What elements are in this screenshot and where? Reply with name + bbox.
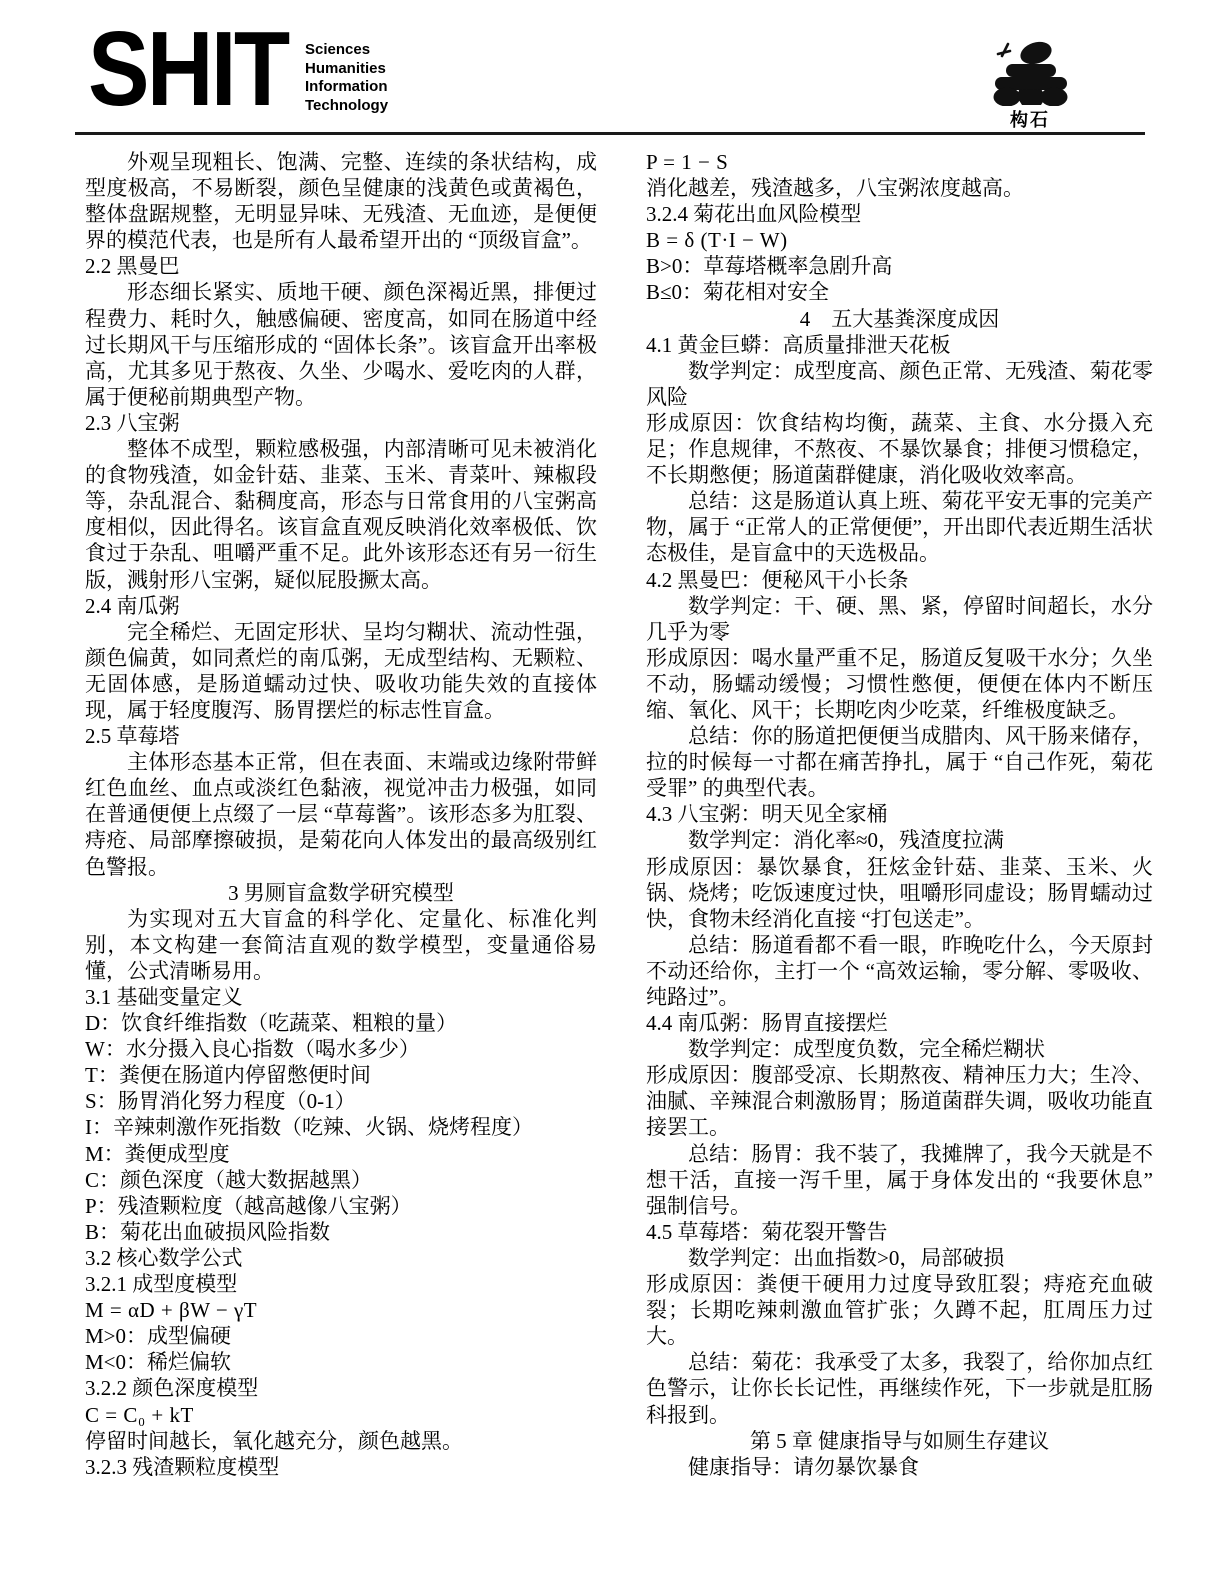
column-left: 外观呈现粗长、饱满、完整、连续的条状结构，成型度极高，不易断裂，颜色呈健康的浅黄… bbox=[85, 149, 597, 1480]
section-heading: 4.2 黑曼巴：便秘风干小长条 bbox=[646, 567, 1153, 593]
paragraph: D：饮食纤维指数（吃蔬菜、粗粮的量） bbox=[85, 1010, 597, 1036]
section-heading: 3.2.4 菊花出血风险模型 bbox=[646, 201, 1153, 227]
section-heading: 4.4 南瓜粥：肠胃直接摆烂 bbox=[646, 1010, 1153, 1036]
paragraph: 总结：菊花：我承受了太多，我裂了，给你加点红色警示，让你长长记性，再继续作死，下… bbox=[646, 1349, 1153, 1427]
tagline-line: Technology bbox=[305, 97, 388, 116]
paragraph: C：颜色深度（越大数据越黑） bbox=[85, 1167, 597, 1193]
paragraph: B≤0：菊花相对安全 bbox=[646, 279, 1153, 305]
formula: M = αD + βW − γT bbox=[85, 1297, 597, 1323]
section-heading: 4.3 八宝粥：明天见全家桶 bbox=[646, 801, 1153, 827]
paragraph: 数学判定：成型度负数，完全稀烂糊状 bbox=[646, 1036, 1153, 1062]
publisher-logo: 构石 bbox=[978, 40, 1082, 132]
paragraph: B>0：草莓塔概率急剧升高 bbox=[646, 253, 1153, 279]
stone-pile-icon bbox=[984, 40, 1076, 106]
journal-logo: SHIT bbox=[88, 16, 288, 122]
section-heading: 3.2.1 成型度模型 bbox=[85, 1271, 597, 1297]
section-heading: 3.2.3 残渣颗粒度模型 bbox=[85, 1454, 597, 1480]
paragraph: 总结：肠胃：我不装了，我摊牌了，我今天就是不想干活，直接一泻千里，属于身体发出的… bbox=[646, 1141, 1153, 1219]
paragraph: 消化越差，残渣越多，八宝粥浓度越高。 bbox=[646, 175, 1153, 201]
paragraph: S：肠胃消化努力程度（0-1） bbox=[85, 1088, 597, 1114]
section-heading: 2.2 黑曼巴 bbox=[85, 253, 597, 279]
chapter-heading: 3 男厕盲盒数学研究模型 bbox=[85, 880, 597, 906]
paragraph: 数学判定：消化率≈0，残渣度拉满 bbox=[646, 827, 1153, 853]
header-rule bbox=[75, 132, 1145, 135]
tagline-line: Sciences bbox=[305, 41, 388, 60]
paragraph: 形成原因：暴饮暴食，狂炫金针菇、韭菜、玉米、火锅、烧烤；吃饭速度过快，咀嚼形同虚… bbox=[646, 854, 1153, 932]
paragraph: M>0：成型偏硬 bbox=[85, 1323, 597, 1349]
formula: P = 1 − S bbox=[646, 149, 1153, 175]
section-heading: 4.5 草莓塔：菊花裂开警告 bbox=[646, 1219, 1153, 1245]
section-heading: 3.1 基础变量定义 bbox=[85, 984, 597, 1010]
paragraph: 主体形态基本正常，但在表面、末端或边缘附带鲜红色血丝、血点或淡红色黏液，视觉冲击… bbox=[85, 749, 597, 879]
section-heading: 2.4 南瓜粥 bbox=[85, 593, 597, 619]
paragraph: 形态细长紧实、质地干硬、颜色深褐近黑，排便过程费力、耗时久，触感偏硬、密度高，如… bbox=[85, 279, 597, 409]
paragraph: 数学判定：干、硬、黑、紧，停留时间超长，水分几乎为零 bbox=[646, 593, 1153, 645]
paragraph: 整体不成型，颗粒感极强，内部清晰可见未被消化的食物残渣，如金针菇、韭菜、玉米、青… bbox=[85, 436, 597, 593]
page: SHIT Sciences Humanities Information Tec… bbox=[0, 0, 1224, 1584]
paragraph: 总结：这是肠道认真上班、菊花平安无事的完美产物，属于 “正常人的正常便便”，开出… bbox=[646, 488, 1153, 566]
paragraph: P：残渣颗粒度（越高越像八宝粥） bbox=[85, 1193, 597, 1219]
paragraph: I：辛辣刺激作死指数（吃辣、火锅、烧烤程度） bbox=[85, 1114, 597, 1140]
paragraph: 形成原因：腹部受凉、长期熬夜、精神压力大；生冷、油腻、辛辣混合刺激肠胃；肠道菌群… bbox=[646, 1062, 1153, 1140]
paragraph: 总结：你的肠道把便便当成腊肉、风干肠来储存，拉的时候每一寸都在痛苦挣扎，属于 “… bbox=[646, 723, 1153, 801]
section-heading: 2.5 草莓塔 bbox=[85, 723, 597, 749]
paragraph: T：粪便在肠道内停留憋便时间 bbox=[85, 1062, 597, 1088]
paragraph: 形成原因：粪便干硬用力过度导致肛裂；痔疮充血破裂；长期吃辣刺激血管扩张；久蹲不起… bbox=[646, 1271, 1153, 1349]
formula: B = δ (T·I − W) bbox=[646, 227, 1153, 253]
paragraph: 健康指导：请勿暴饮暴食 bbox=[646, 1454, 1153, 1480]
tagline-line: Information bbox=[305, 78, 388, 97]
paragraph: M：粪便成型度 bbox=[85, 1141, 597, 1167]
section-heading: 4.1 黄金巨蟒：高质量排泄天花板 bbox=[646, 332, 1153, 358]
tagline-line: Humanities bbox=[305, 60, 388, 79]
paragraph: M<0：稀烂偏软 bbox=[85, 1349, 597, 1375]
section-heading: 2.3 八宝粥 bbox=[85, 410, 597, 436]
paragraph: 数学判定：出血指数>0，局部破损 bbox=[646, 1245, 1153, 1271]
section-heading: 3.2.2 颜色深度模型 bbox=[85, 1375, 597, 1401]
chapter-heading: 第 5 章 健康指导与如厕生存建议 bbox=[646, 1428, 1153, 1454]
paragraph: B：菊花出血破损风险指数 bbox=[85, 1219, 597, 1245]
paragraph: 为实现对五大盲盒的科学化、定量化、标准化判别，本文构建一套简洁直观的数学模型，变… bbox=[85, 906, 597, 984]
paragraph: W：水分摄入良心指数（喝水多少） bbox=[85, 1036, 597, 1062]
publisher-name: 构石 bbox=[978, 106, 1082, 132]
paragraph: 停留时间越长，氧化越充分，颜色越黑。 bbox=[85, 1428, 597, 1454]
chapter-heading: 4 五大基粪深度成因 bbox=[646, 306, 1153, 332]
journal-tagline: Sciences Humanities Information Technolo… bbox=[305, 41, 388, 115]
formula: C = C₀ + kT bbox=[85, 1402, 597, 1428]
paragraph: 总结：肠道看都不看一眼，昨晚吃什么，今天原封不动还给你，主打一个 “高效运输，零… bbox=[646, 932, 1153, 1010]
column-right: P = 1 − S消化越差，残渣越多，八宝粥浓度越高。3.2.4 菊花出血风险模… bbox=[646, 149, 1153, 1480]
paragraph: 数学判定：成型度高、颜色正常、无残渣、菊花零风险 bbox=[646, 358, 1153, 410]
paragraph: 形成原因：喝水量严重不足，肠道反复吸干水分；久坐不动，肠蠕动缓慢；习惯性憋便，便… bbox=[646, 645, 1153, 723]
paragraph: 外观呈现粗长、饱满、完整、连续的条状结构，成型度极高，不易断裂，颜色呈健康的浅黄… bbox=[85, 149, 597, 253]
paragraph: 完全稀烂、无固定形状、呈均匀糊状、流动性强，颜色偏黄，如同煮烂的南瓜粥，无成型结… bbox=[85, 619, 597, 723]
section-heading: 3.2 核心数学公式 bbox=[85, 1245, 597, 1271]
paragraph: 形成原因：饮食结构均衡，蔬菜、主食、水分摄入充足；作息规律，不熬夜、不暴饮暴食；… bbox=[646, 410, 1153, 488]
